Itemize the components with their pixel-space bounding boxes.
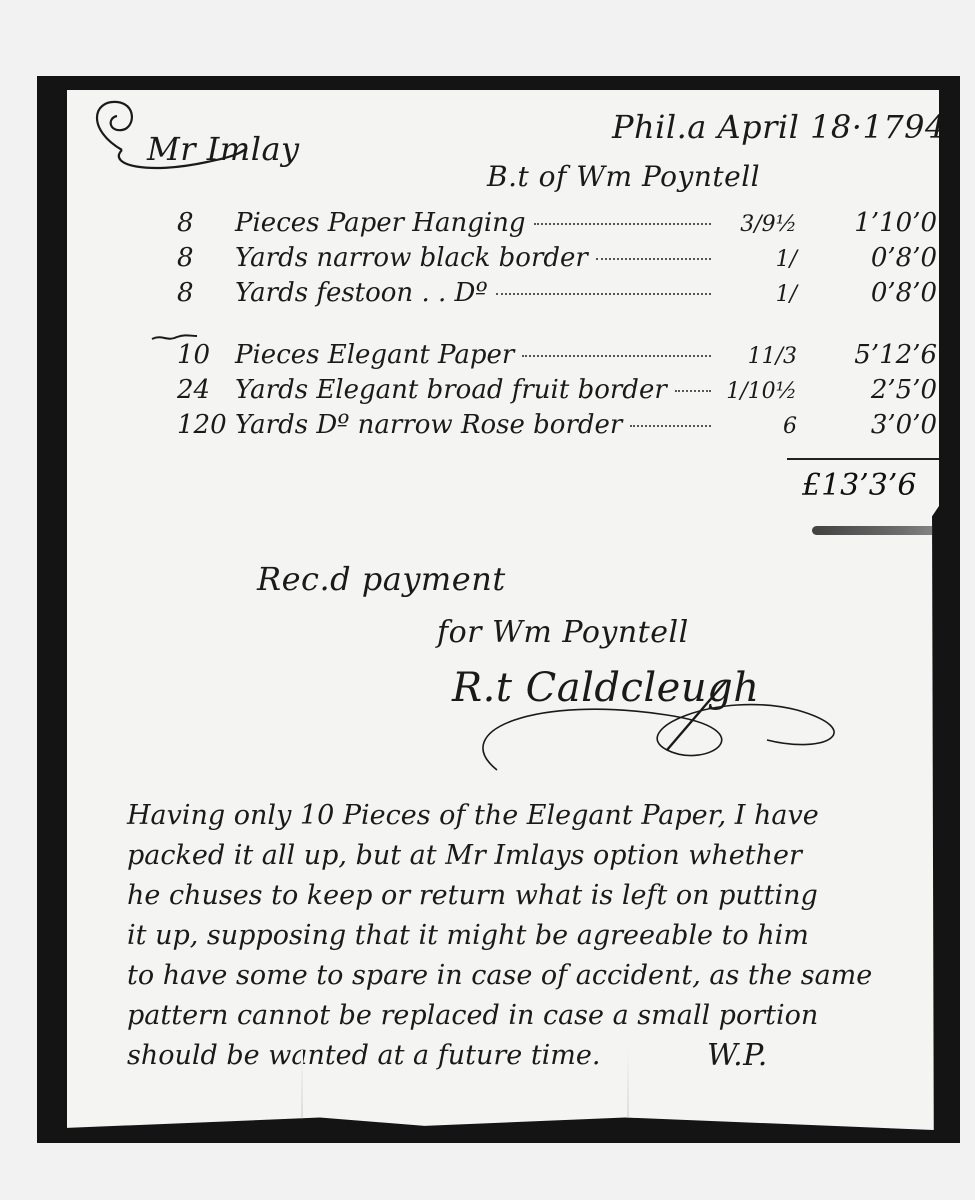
line-item: 10 Pieces Elegant Paper 11/3 5’12’6 (177, 340, 937, 380)
photo-frame-border: Mr Imlay Phil.a April 18·1794 B.t of Wm … (37, 76, 960, 1143)
signature: R.t Caldcleugh (452, 665, 759, 711)
line-item-description: Pieces Paper Hanging (235, 208, 526, 238)
note-initials: W.P. (707, 1038, 768, 1073)
note-line: should be wanted at a future time. (127, 1040, 600, 1071)
dotted-leader (522, 355, 711, 357)
line-item-description: Yards Dº narrow Rose border (235, 410, 622, 440)
bought-of-heading: B.t of Wm Poyntell (487, 160, 760, 193)
note-line: Having only 10 Pieces of the Elegant Pap… (127, 800, 819, 831)
line-item-amount: 2’5’0 (797, 375, 937, 405)
line-item-rate: 6 (719, 414, 797, 439)
line-item-qty: 10 (177, 340, 235, 370)
line-item-amount: 1’10’0 (797, 208, 937, 238)
line-item-rate: 1/ (719, 282, 797, 307)
line-item-amount: 0’8’0 (797, 278, 937, 308)
line-item: 120 Yards Dº narrow Rose border 6 3’0’0 (177, 410, 937, 450)
paper-fold-crease (301, 1050, 303, 1130)
line-item: 8 Yards narrow black border 1/ 0’8’0 (177, 243, 937, 283)
note-line: it up, supposing that it might be agreea… (127, 920, 809, 951)
line-item-description: Yards narrow black border (235, 243, 588, 273)
dotted-leader (534, 223, 711, 225)
dotted-leader (496, 293, 711, 295)
received-payment: Rec.d payment (257, 560, 506, 598)
line-item: 24 Yards Elegant broad fruit border 1/10… (177, 375, 937, 415)
line-item-rate: 1/ (719, 247, 797, 272)
total-rule (787, 458, 962, 460)
line-item-rate: 11/3 (719, 344, 797, 369)
line-item: 8 Pieces Paper Hanging 3/9½ 1’10’0 (177, 208, 937, 248)
total-underline-smudge (812, 526, 962, 535)
line-item-qty: 120 (177, 410, 235, 440)
line-item-description: Yards festoon . . Dº (235, 278, 488, 308)
line-item-description: Yards Elegant broad fruit border (235, 375, 667, 405)
note-line: packed it all up, but at Mr Imlays optio… (127, 840, 802, 871)
line-item-description: Pieces Elegant Paper (235, 340, 514, 370)
line-item-rate: 3/9½ (719, 212, 797, 237)
line-item-qty: 8 (177, 208, 235, 238)
line-item-amount: 0’8’0 (797, 243, 937, 273)
note-line: to have some to spare in case of acciden… (127, 960, 872, 991)
note-line: pattern cannot be replaced in case a sma… (127, 1000, 818, 1031)
total-amount: £13’3’6 (802, 468, 917, 503)
line-item-rate: 1/10½ (719, 379, 797, 404)
line-item-qty: 24 (177, 375, 235, 405)
dotted-leader (596, 258, 711, 260)
dotted-leader (675, 390, 711, 392)
line-item-amount: 5’12’6 (797, 340, 937, 370)
line-item: 8 Yards festoon . . Dº 1/ 0’8’0 (177, 278, 937, 318)
line-item-qty: 8 (177, 243, 235, 273)
paper-fold-crease (627, 1050, 629, 1130)
line-item-amount: 3’0’0 (797, 410, 937, 440)
place-and-date: Phil.a April 18·1794 (612, 108, 946, 146)
for-wm-poyntell: for Wm Poyntell (437, 615, 689, 650)
addressee: Mr Imlay (147, 130, 300, 168)
dotted-leader (630, 425, 711, 427)
line-item-qty: 8 (177, 278, 235, 308)
note-line: he chuses to keep or return what is left… (127, 880, 818, 911)
receipt-paper: Mr Imlay Phil.a April 18·1794 B.t of Wm … (67, 90, 939, 1130)
